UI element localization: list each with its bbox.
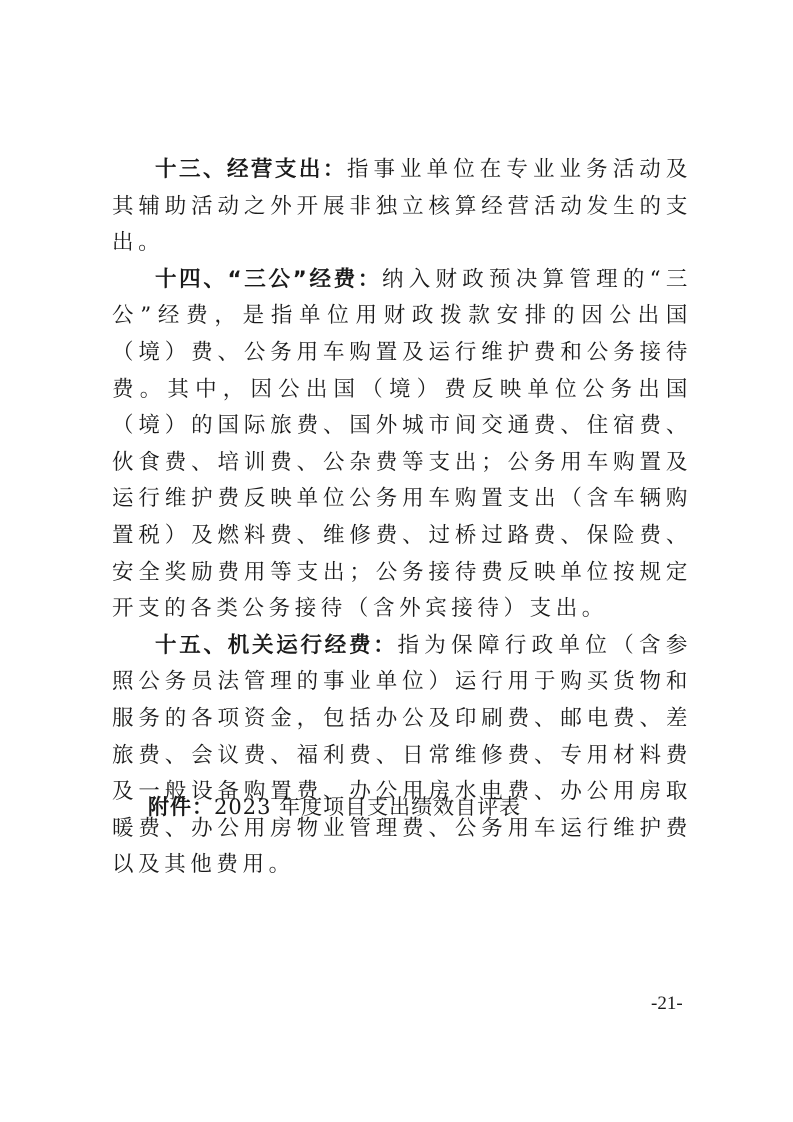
attachment-title: 2023 年度项目支出绩效自评表 <box>214 795 521 819</box>
section-operating-expenditure: 十三、经营支出：指事业单位在专业业务活动及其辅助活动之外开展非独立核算经营活动发… <box>112 152 692 262</box>
section-three-public-expenses: 十四、“三公”经费：纳入财政预决算管理的“三公”经费，是指单位用财政拨款安排的因… <box>112 262 692 628</box>
section-agency-operating-funds: 十五、机关运行经费：指为保障行政单位（含参照公务员法管理的事业单位）运行用于购买… <box>112 628 692 884</box>
section-heading: 十三、经营支出： <box>155 157 347 182</box>
section-heading: 十五、机关运行经费： <box>155 633 397 658</box>
section-heading: 十四、“三公”经费： <box>155 267 382 292</box>
attachment-line: 附件：2023 年度项目支出绩效自评表 <box>148 791 521 821</box>
section-text: 指为保障行政单位（含参照公务员法管理的事业单位）运行用于购买货物和服务的各项资金… <box>112 633 692 878</box>
document-body: 十三、经营支出：指事业单位在专业业务活动及其辅助活动之外开展非独立核算经营活动发… <box>112 152 692 884</box>
attachment-label: 附件： <box>148 795 214 819</box>
page-number: -21- <box>651 993 683 1015</box>
section-text: 纳入财政预决算管理的“三公”经费，是指单位用财政拨款安排的因公出国（境）费、公务… <box>112 267 692 621</box>
